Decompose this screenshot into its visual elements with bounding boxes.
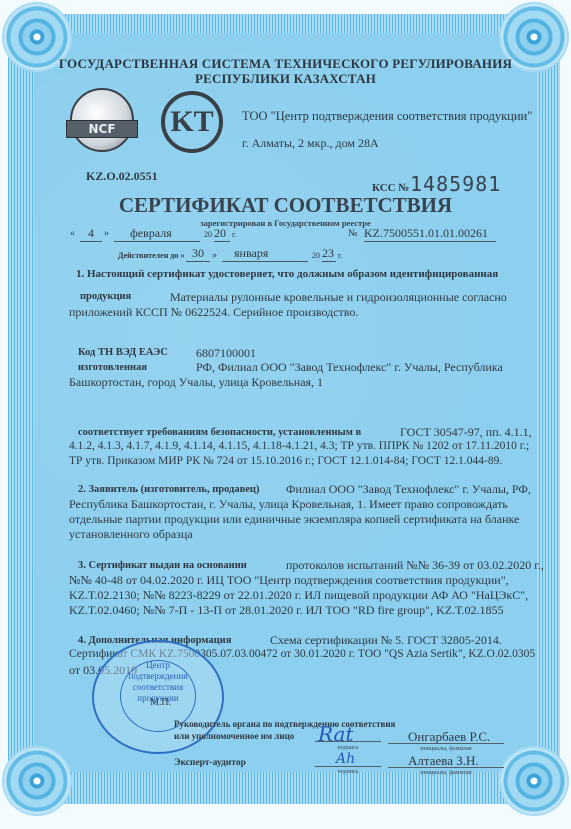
section2-label: 2. Заявитель (изготовитель, продавец): [78, 484, 259, 495]
product-value-line1: Материалы рулонные кровельные и гидроизо…: [170, 290, 507, 305]
conformity-line1: ГОСТ 30547-97, пп. 4.1.1,: [400, 425, 532, 440]
section3-label: 3. Сертификат выдан на основании: [78, 560, 247, 571]
stamp-text-line: соответствия: [118, 682, 198, 693]
basis-line1: протоколов испытаний №№ 36-39 от 03.02.2…: [286, 558, 544, 573]
valid-until-label: Действителен до «: [118, 251, 184, 260]
org-address: г. Алматы, 2 мкр., дом 28А: [242, 136, 379, 151]
valid-year-prefix: 20: [312, 251, 320, 260]
issue-month-text: февраля: [114, 226, 172, 240]
stamp-place-mark: М.П.: [150, 697, 171, 708]
issue-year: 20: [214, 226, 230, 242]
basis-line2: №№ 40-48 от 04.02.2020 г. ИЦ ТОО "Центр …: [69, 573, 509, 588]
header-line-1: ГОСУДАРСТВЕННАЯ СИСТЕМА ТЕХНИЧЕСКОГО РЕГ…: [0, 56, 571, 72]
issue-year-suffix: г.: [232, 230, 236, 239]
head-signature-line: [315, 741, 381, 742]
expert-sign-caption: подпись: [315, 769, 381, 775]
header-line-2: РЕСПУБЛИКИ КАЗАХСТАН: [0, 71, 571, 87]
product-value-line2: приложений КССП № 0622524. Серийное прои…: [69, 305, 358, 320]
conformity-line2: 4.1.2, 4.1.3, 4.1.7, 4.1.9, 4.1.14, 4.1.…: [69, 440, 529, 452]
expert-signature: Ah: [336, 751, 355, 767]
valid-month-text: января: [222, 246, 268, 260]
cert-number: KZ.7500551.01.01.00261: [364, 226, 496, 242]
kt-logo-icon: KT: [161, 91, 223, 153]
valid-year-suffix: г.: [338, 251, 342, 260]
basis-line4: KZ.T.02.0460; №№ 7-П - 13-П от 28.01.202…: [69, 603, 504, 618]
issue-month: февраля: [114, 226, 200, 242]
basis-line3: KZ.T.02.2130; №№ 8223-8229 от 22.01.2020…: [69, 588, 528, 603]
corner-rosette-bottom-left: [4, 748, 70, 814]
body-registration-code: KZ.O.02.0551: [86, 169, 158, 184]
applicant-line2: Республика Башкортостан, г. Учалы, улица…: [69, 497, 508, 512]
certificate-title: СЕРТИФИКАТ СООТВЕТСТВИЯ: [0, 193, 571, 218]
ncf-logo: NCF: [66, 120, 138, 138]
expert-name-caption: инициалы, фамилия: [388, 770, 504, 776]
manufacturer-label: изготовленная: [78, 362, 147, 373]
certificate-sheet: ГОСУДАРСТВЕННАЯ СИСТЕМА ТЕХНИЧЕСКОГО РЕГ…: [0, 0, 571, 829]
conformity-line3: ТР утв. Приказом МИР РК № 724 от 15.10.2…: [69, 455, 502, 467]
quote-close: »: [104, 228, 109, 239]
stamp-text-line: подтверждения: [118, 671, 198, 682]
head-label-line1: Руководитель органа по подтверждению соо…: [174, 719, 395, 729]
applicant-line4: установленного образца: [69, 527, 193, 542]
section1-heading: 1. Настоящий сертификат удостоверяет, чт…: [76, 268, 498, 280]
head-name-caption: инициалы, фамилия: [388, 746, 504, 752]
head-name-line: [388, 743, 504, 744]
issue-year-prefix: 20: [204, 230, 212, 239]
manufacturer-line2: Башкортостан, город Учалы, улица Кровель…: [69, 375, 323, 390]
valid-year: 23: [322, 246, 336, 262]
issue-day: 4: [80, 226, 102, 242]
corner-rosette-bottom-right: [501, 748, 567, 814]
head-label-line2: или уполномоченное им лицо: [174, 731, 294, 741]
applicant-line1: Филиал ООО "Завод Технофлекс" г. Учалы, …: [286, 482, 531, 497]
hs-code-label: Код ТН ВЭД ЕАЭС: [78, 347, 168, 358]
expert-name-line: [388, 767, 504, 768]
valid-month: января: [222, 246, 308, 262]
conformity-label: соответствует требованиям безопасности, …: [78, 427, 361, 438]
quote-open: «: [70, 228, 75, 239]
stamp-text-line: Центр: [118, 660, 198, 671]
additional-line1: Схема сертификации № 5. ГОСТ 32805-2014.: [270, 633, 502, 648]
expert-label: Эксперт-аудитор: [174, 758, 246, 768]
hs-code-value: 6807100001: [196, 346, 256, 361]
manufacturer-line1: РФ, Филиал ООО "Завод Технофлекс" г. Уча…: [196, 360, 503, 375]
valid-day: 30: [186, 246, 210, 262]
expert-signature-line: [315, 766, 381, 767]
applicant-line3: отдельные партии продукции или единичные…: [69, 512, 519, 527]
product-label: продукция: [80, 291, 131, 302]
head-signature: Rat: [318, 722, 353, 746]
cert-number-label: №: [348, 228, 358, 239]
org-name: ТОО "Центр подтверждения соответствия пр…: [242, 109, 532, 124]
quote-close-2: »: [212, 250, 217, 261]
